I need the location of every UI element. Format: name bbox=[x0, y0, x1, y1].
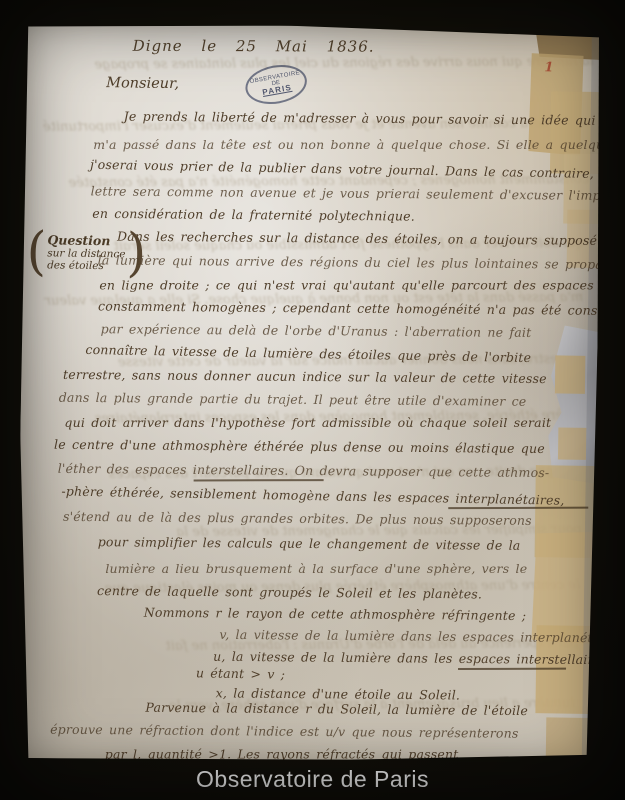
letter-line: Nommons r le rayon de cette athmosphère … bbox=[144, 605, 527, 628]
letter-line: Dans les recherches sur la distance des … bbox=[117, 229, 602, 253]
letter-line: par l, quantité >1. Les rayons réfractés… bbox=[105, 747, 459, 766]
letter-line: dans la plus grande partie du trajet. Il… bbox=[59, 390, 527, 414]
letter-line: s'étend au de là des plus grandes orbite… bbox=[63, 509, 532, 533]
letter-line: lettre sera comme non avenue et je vous … bbox=[91, 183, 602, 208]
letter-line: par expérience au delà de l'orbe d'Uranu… bbox=[101, 321, 532, 345]
verso-bleedthrough-line: la lumière qui nous arrive des régions d… bbox=[33, 54, 593, 73]
letter-line: en ligne droite ; ce qui n'est vrai qu'a… bbox=[99, 278, 593, 298]
letter-line: éprouve une réfraction dont l'indice est… bbox=[50, 722, 519, 746]
letter-line: en considération de la fraternité polyte… bbox=[92, 206, 415, 229]
letter-line: qui doit arriver dans l'hypothèse fort a… bbox=[64, 415, 551, 435]
tape-patch bbox=[546, 717, 593, 766]
letter-line: constamment homogènes ; cependant cette … bbox=[98, 298, 602, 323]
letter-line: lumière a lieu brusquement à la surface … bbox=[105, 561, 527, 581]
tape-patch bbox=[555, 355, 586, 393]
tape-patch bbox=[531, 531, 595, 644]
margin-note-brace-left: ( bbox=[26, 221, 46, 282]
dateline: Digne le 25 Mai 1836. bbox=[133, 37, 375, 56]
stamp-line-3: PARIS bbox=[262, 84, 293, 98]
photo-caption: Observatoire de Paris bbox=[0, 766, 625, 793]
letter-line: Je prends la liberté de m'adresser à vou… bbox=[124, 109, 596, 133]
tape-patch bbox=[536, 29, 602, 60]
letter-line: j'oserai vous prier de la publier dans v… bbox=[90, 157, 602, 187]
salutation: Monsieur, bbox=[106, 75, 179, 92]
letter-line: Parvenue à la distance r du Soleil, la l… bbox=[145, 700, 528, 723]
manuscript-page: la lumière qui nous arrive des régions d… bbox=[16, 22, 602, 766]
archive-stamp-icon: OBSERVATOIRE DE PARIS bbox=[242, 60, 310, 108]
letter-line: terrestre, sans nous donner aucun indice… bbox=[63, 367, 547, 391]
margin-note-line: Question bbox=[47, 232, 125, 248]
letter-line: v, la vitesse de la lumière dans les esp… bbox=[219, 627, 602, 651]
letter-line: l'éther des espaces interstellaires. On … bbox=[58, 461, 550, 485]
tape-patch-silver bbox=[548, 325, 600, 484]
ink-underline bbox=[448, 507, 588, 509]
letter-line: centre de laquelle sont groupés le Solei… bbox=[97, 583, 482, 606]
letter-line: m'a passé dans la tête est ou non bonne … bbox=[93, 137, 602, 157]
letter-line: connaître la vitesse de la lumière des é… bbox=[85, 342, 531, 370]
letter-line: pour simplifier les calculs que le chang… bbox=[98, 534, 521, 558]
tape-patch bbox=[558, 427, 586, 459]
letter-line: le centre d'une athmosphère éthérée plus… bbox=[54, 437, 545, 461]
photo-frame: { "photo": { "caption": "Observatoire de… bbox=[0, 0, 625, 800]
letter-line: u étant > v ; bbox=[196, 665, 286, 687]
page-number: 1 bbox=[544, 60, 553, 75]
letter-line: la lumière qui nous arrive des régions d… bbox=[98, 252, 602, 277]
